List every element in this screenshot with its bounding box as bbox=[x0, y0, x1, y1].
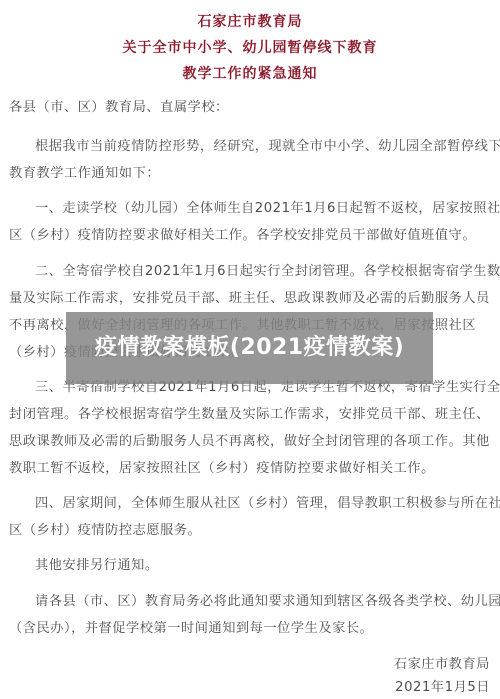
article-title-overlay[interactable]: 疫情教案模板(2021疫情教案) bbox=[66, 312, 433, 384]
intro-line-2: 教育教学工作通知如下： bbox=[9, 164, 160, 184]
item-1-line-2: 区（乡村）疫情防控要求做好相关工作。各学校安排党员干部做好值班值守。 bbox=[9, 226, 476, 246]
salutation: 各县（市、区）教育局、直属学校： bbox=[9, 98, 229, 118]
item-3-line-4: 教职工暂不返校，居家按照社区（乡村）疫情防控要求做好相关工作。 bbox=[9, 459, 435, 479]
intro-line-1: 根据我市当前疫情防控形势，经研究，现就全市中小学、幼儿园全部暂停线下 bbox=[35, 137, 500, 157]
title-issuer: 石家庄市教育局 bbox=[0, 12, 500, 32]
article-title[interactable]: 疫情教案模板(2021疫情教案) bbox=[80, 335, 420, 361]
item-3-line-2: 封闭管理。各学校根据寄宿学生数量及实际工作需求，安排党员干部、班主任、 bbox=[9, 405, 490, 425]
item-4-line-1: 四、居家期间，全体师生服从社区（乡村）管理，倡导教职工积极参与所在社 bbox=[35, 494, 500, 514]
signature-issuer: 石家庄市教育局 bbox=[394, 655, 490, 675]
request-line-1: 请各县（市、区）教育局务必将此通知要求通知到辖区各级各类学校、幼儿园 bbox=[35, 592, 500, 612]
item-4-line-2: 区（乡村）疫情防控志愿服务。 bbox=[9, 521, 201, 541]
item-1-line-1: 一、走读学校（幼儿园）全体师生自2021年1月6日起暂不返校，居家按照社 bbox=[35, 199, 500, 219]
request-line-2: （含民办），并督促学校第一时间通知到每一位学生及家长。 bbox=[9, 619, 373, 639]
title-subject-line-1: 关于全市中小学、幼儿园暂停线下教育 bbox=[0, 38, 500, 58]
item-3-line-3: 思政课教师及必需的后勤服务人员不再离校，做好全封闭管理的各项工作。其他 bbox=[9, 432, 490, 452]
title-subject-line-2: 教学工作的紧急通知 bbox=[0, 64, 500, 84]
item-2-line-1: 二、全寄宿学校自2021年1月6日起实行全封闭管理。各学校根据寄宿学生数 bbox=[35, 262, 500, 282]
signature-date: 2021年1月5日 bbox=[395, 678, 490, 698]
item-2-line-2: 量及实际工作需求，安排党员干部、班主任、思政课教师及必需的后勤服务人员 bbox=[9, 289, 490, 309]
other-arrangements: 其他安排另行通知。 bbox=[35, 556, 159, 576]
